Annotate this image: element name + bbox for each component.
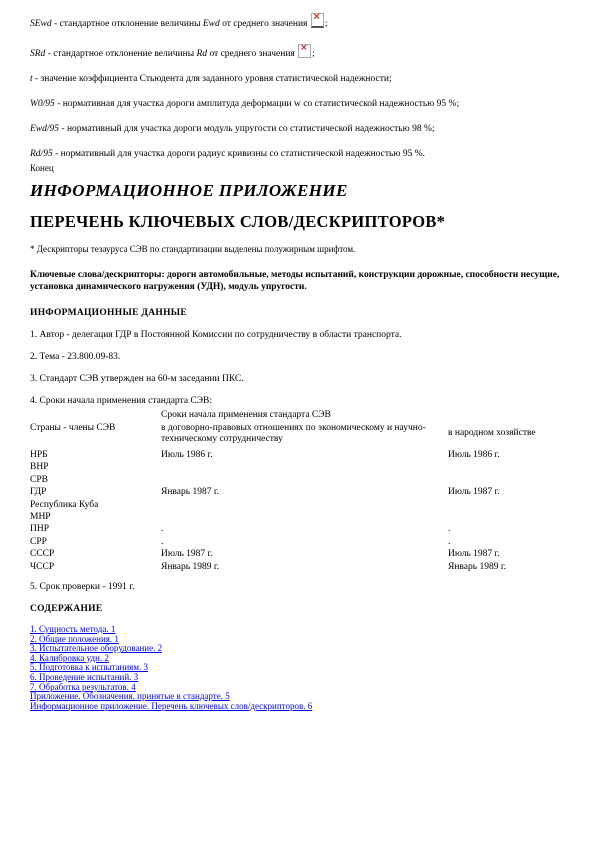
info-item-approved: 3. Стандарт СЭВ утвержден на 60-м заседа… bbox=[30, 374, 565, 385]
definition-text: - стандартное отклонение величины bbox=[45, 49, 196, 59]
col-header-dates-sub: в договорно-правовых отношениях по эконо… bbox=[161, 423, 448, 445]
definition-srd: SRd - стандартное отклонение величины Rd… bbox=[30, 44, 565, 60]
term-rd95: Rd/95 bbox=[30, 149, 53, 159]
definition-text: - значение коэффициента Стьюдента для за… bbox=[33, 74, 392, 84]
definition-text: от среднего значения bbox=[220, 19, 310, 29]
legal-date-cell: Июль 1987 г. bbox=[161, 548, 448, 560]
legal-date-cell bbox=[161, 461, 448, 473]
broken-image-icon: × bbox=[298, 44, 311, 58]
economy-date-cell: Июль 1987 г. bbox=[448, 548, 565, 560]
term-srd: SRd bbox=[30, 49, 45, 59]
economy-date-cell: Июль 1986 г. bbox=[448, 449, 565, 461]
col-header-countries: Страны - члены СЭВ bbox=[30, 410, 161, 445]
country-cell: ЧССР bbox=[30, 561, 161, 573]
economy-date-cell: Январь 1989 г. bbox=[448, 561, 565, 573]
definition-text: - нормативная для участка дороги амплиту… bbox=[55, 99, 459, 109]
col-header-dates: Сроки начала применения стандарта СЭВ в … bbox=[161, 410, 448, 445]
economy-date-cell bbox=[448, 499, 565, 511]
appendix-heading: ИНФОРМАЦИОННОЕ ПРИЛОЖЕНИЕ bbox=[30, 181, 565, 200]
info-item-author: 1. Автор - делегация ГДР в Постоянной Ко… bbox=[30, 330, 565, 341]
legal-date-cell bbox=[161, 499, 448, 511]
broken-image-icon: × bbox=[311, 13, 324, 28]
economy-date-cell bbox=[448, 461, 565, 473]
country-cell: Республика Куба bbox=[30, 499, 161, 511]
punctuation: ; bbox=[325, 19, 328, 29]
term-ewd95: Ewd/95 bbox=[30, 124, 59, 134]
economy-date-cell bbox=[448, 511, 565, 523]
info-data-heading: ИНФОРМАЦИОННЫЕ ДАННЫЕ bbox=[30, 308, 565, 319]
economy-date-cell: . bbox=[448, 536, 565, 548]
legal-date-cell: Январь 1987 г. bbox=[161, 486, 448, 498]
legal-date-cell: Январь 1989 г. bbox=[161, 561, 448, 573]
keywords-paragraph: Ключевые слова/дескрипторы: дороги автом… bbox=[30, 269, 565, 293]
country-cell: ГДР bbox=[30, 486, 161, 498]
end-marker: Конец bbox=[30, 163, 565, 173]
punctuation: ; bbox=[312, 49, 315, 59]
info-item-dates: 4. Сроки начала применения стандарта СЭВ… bbox=[30, 396, 565, 407]
keywords-heading: ПЕРЕЧЕНЬ КЛЮЧЕВЫХ СЛОВ/ДЕСКРИПТОРОВ* bbox=[30, 213, 565, 231]
legal-date-cell bbox=[161, 474, 448, 486]
economy-date-cell: Июль 1987 г. bbox=[448, 486, 565, 498]
toc-heading: СОДЕРЖАНИЕ bbox=[30, 604, 565, 615]
col-header-dates-top: Сроки начала применения стандарта СЭВ bbox=[161, 410, 448, 421]
economy-date-cell: . bbox=[448, 523, 565, 535]
definition-text: от среднего значения bbox=[207, 49, 297, 59]
country-cell: МНР bbox=[30, 511, 161, 523]
legal-date-cell bbox=[161, 511, 448, 523]
definition-ewd95: Ewd/95 - нормативный для участка дороги … bbox=[30, 124, 565, 135]
term-w095: W0/95 bbox=[30, 99, 55, 109]
col-header-economy: в народном хозяйстве bbox=[448, 410, 565, 445]
definition-t: t - значение коэффициента Стьюдента для … bbox=[30, 74, 565, 85]
term-sewd: SEwd bbox=[30, 19, 52, 29]
country-cell: ВНР bbox=[30, 461, 161, 473]
legal-date-cell: . bbox=[161, 523, 448, 535]
info-item-check-date: 5. Срок проверки - 1991 г. bbox=[30, 582, 565, 593]
table-header: Страны - члены СЭВ Сроки начала применен… bbox=[30, 410, 565, 445]
definition-text: - нормативный для участка дороги радиус … bbox=[53, 149, 425, 159]
country-cell: СССР bbox=[30, 548, 161, 560]
economy-date-cell bbox=[448, 474, 565, 486]
definition-text: - нормативный для участка дороги модуль … bbox=[59, 124, 435, 134]
var-ewd: Ewd bbox=[203, 19, 220, 29]
toc-list: 1. Сущность метода. 1 2. Общие положения… bbox=[30, 625, 565, 711]
legal-date-cell: . bbox=[161, 536, 448, 548]
descriptor-footnote: * Дескрипторы тезауруса СЭВ по стандарти… bbox=[30, 244, 565, 254]
country-cell: СРВ bbox=[30, 474, 161, 486]
definition-w095: W0/95 - нормативная для участка дороги а… bbox=[30, 99, 565, 110]
info-item-theme: 2. Тема - 23.800.09-83. bbox=[30, 352, 565, 363]
definition-sewd: SEwd - стандартное отклонение величины E… bbox=[30, 13, 565, 30]
definition-text: - стандартное отклонение величины bbox=[52, 19, 203, 29]
var-rd: Rd bbox=[197, 49, 208, 59]
country-cell: НРБ bbox=[30, 449, 161, 461]
country-cell: ПНР bbox=[30, 523, 161, 535]
legal-date-cell: Июль 1986 г. bbox=[161, 449, 448, 461]
country-cell: СРР bbox=[30, 536, 161, 548]
application-dates-table: Страны - члены СЭВ Сроки начала применен… bbox=[30, 410, 565, 573]
toc-link-info-appendix[interactable]: Информационное приложение. Перечень ключ… bbox=[30, 702, 312, 712]
table-body: НРБ Июль 1986 г. Июль 1986 г. ВНР СРВ ГД… bbox=[30, 449, 565, 573]
definition-rd95: Rd/95 - нормативный для участка дороги р… bbox=[30, 149, 565, 160]
document-page: SEwd - стандартное отклонение величины E… bbox=[0, 0, 595, 711]
